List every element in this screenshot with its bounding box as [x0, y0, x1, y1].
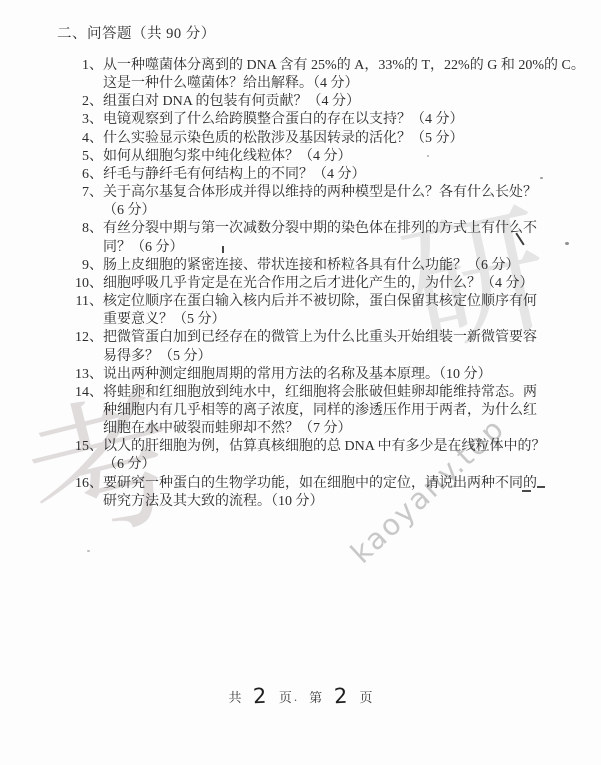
question-text: 电镜观察到了什么给跨膜整合蛋白的存在以支持？（4 分）	[103, 111, 569, 129]
question-16: 16、 要研究一种蛋白的生物学功能，如在细胞中的定位，请说出两种不同的 研究方法…	[55, 475, 569, 511]
question-3: 3、 电镜观察到了什么给跨膜整合蛋白的存在以支持？（4 分）	[55, 111, 569, 129]
question-9: 9、 肠上皮细胞的紧密连接、带状连接和桥粒各具有什么功能？（6 分）	[55, 257, 569, 275]
question-13: 13、 说出两种测定细胞周期的常用方法的名称及基本原理。（10 分）	[55, 366, 569, 384]
question-number: 12、	[55, 329, 103, 365]
question-number: 14、	[55, 384, 103, 438]
question-number: 10、	[55, 275, 103, 293]
question-text: 从一种噬菌体分离到的 DNA 含有 25%的 A，33%的 T，22%的 G 和…	[103, 57, 569, 75]
question-text: 这是一种什么噬菌体？给出解释。（4 分）	[103, 75, 569, 93]
page-footer: 共 2 页 . 第 2 页	[0, 686, 601, 707]
question-1: 1、 从一种噬菌体分离到的 DNA 含有 25%的 A，33%的 T，22%的 …	[55, 57, 569, 93]
question-text: 细胞在水中破裂而蛙卵却不然？（7 分）	[103, 420, 569, 438]
question-number: 11、	[55, 293, 103, 329]
scanned-exam-page: 考 研 kaoyany.top 二、问答题（共 90 分） 1、 从一种噬菌体分…	[0, 0, 601, 765]
question-text: 如何从细胞匀浆中纯化线粒体？（4 分）	[103, 148, 569, 166]
question-text: （6 分）	[103, 202, 569, 220]
footer-page-unit: 页	[279, 687, 292, 706]
question-text: 种细胞内有几乎相等的离子浓度，同样的渗透压作用于两者，为什么红	[103, 402, 569, 420]
question-14: 14、 将蛙卵和红细胞放到纯水中，红细胞将会胀破但蛙卵却能维持常态。两 种细胞内…	[55, 384, 569, 438]
question-2: 2、 组蛋白对 DNA 的包装有何贡献？（4 分）	[55, 93, 569, 111]
question-6: 6、 纤毛与静纤毛有何结构上的不同？（4 分）	[55, 166, 569, 184]
question-number: 16、	[55, 475, 103, 511]
question-8: 8、 有丝分裂中期与第一次减数分裂中期的染色体在排列的方式上有什么不 同？（6 …	[55, 220, 569, 256]
section-title: 二、问答题（共 90 分）	[57, 24, 216, 44]
question-text: 研究方法及其大致的流程。（10 分）	[103, 493, 569, 511]
question-5: 5、 如何从细胞匀浆中纯化线粒体？（4 分）	[55, 148, 569, 166]
footer-separator: .	[294, 689, 297, 705]
question-text: 要研究一种蛋白的生物学功能，如在细胞中的定位，请说出两种不同的	[103, 475, 569, 493]
question-15: 15、 以人的肝细胞为例，估算真核细胞的总 DNA 中有多少是在线粒体中的？ （…	[55, 438, 569, 474]
question-text: 核定位顺序在蛋白输入核内后并不被切除，蛋白保留其核定位顺序有何	[103, 293, 569, 311]
question-number: 5、	[55, 148, 103, 166]
question-text: 同？（6 分）	[103, 239, 569, 257]
footer-total-pages: 2	[253, 686, 267, 708]
question-number: 13、	[55, 366, 103, 384]
question-list: 1、 从一种噬菌体分离到的 DNA 含有 25%的 A，33%的 T，22%的 …	[55, 57, 569, 511]
question-12: 12、 把微管蛋白加到已经存在的微管上为什么比重头开始组装一新微管要容 易得多？…	[55, 329, 569, 365]
question-number: 8、	[55, 220, 103, 256]
question-text: 什么实验显示染色质的松散涉及基因转录的活化？（5 分）	[103, 130, 569, 148]
footer-total-label: 共	[228, 687, 241, 706]
question-text: 将蛙卵和红细胞放到纯水中，红细胞将会胀破但蛙卵却能维持常态。两	[103, 384, 569, 402]
question-text: 纤毛与静纤毛有何结构上的不同？（4 分）	[103, 166, 569, 184]
question-4: 4、 什么实验显示染色质的松散涉及基因转录的活化？（5 分）	[55, 130, 569, 148]
footer-ordinal-label: 第	[309, 687, 322, 706]
scan-speck	[87, 550, 90, 552]
question-number: 2、	[55, 93, 103, 111]
question-number: 6、	[55, 166, 103, 184]
footer-page-unit: 页	[360, 687, 373, 706]
question-number: 9、	[55, 257, 103, 275]
question-text: 以人的肝细胞为例，估算真核细胞的总 DNA 中有多少是在线粒体中的？	[103, 438, 569, 456]
question-7: 7、 关于高尔基复合体形成并得以维持的两种模型是什么？各有什么长处？ （6 分）	[55, 184, 569, 220]
question-number: 4、	[55, 130, 103, 148]
question-text: 关于高尔基复合体形成并得以维持的两种模型是什么？各有什么长处？	[103, 184, 569, 202]
question-text: （6 分）	[103, 456, 569, 474]
question-text: 把微管蛋白加到已经存在的微管上为什么比重头开始组装一新微管要容	[103, 329, 569, 347]
question-text: 说出两种测定细胞周期的常用方法的名称及基本原理。（10 分）	[103, 366, 569, 384]
question-number: 15、	[55, 438, 103, 474]
question-number: 1、	[55, 57, 103, 93]
question-text: 有丝分裂中期与第一次减数分裂中期的染色体在排列的方式上有什么不	[103, 220, 569, 238]
question-10: 10、 细胞呼吸几乎肯定是在光合作用之后才进化产生的，为什么？（4 分）	[55, 275, 569, 293]
question-number: 3、	[55, 111, 103, 129]
question-text: 细胞呼吸几乎肯定是在光合作用之后才进化产生的，为什么？（4 分）	[103, 275, 569, 293]
question-text: 易得多？（5 分）	[103, 348, 569, 366]
question-number: 7、	[55, 184, 103, 220]
question-11: 11、 核定位顺序在蛋白输入核内后并不被切除，蛋白保留其核定位顺序有何 重要意义…	[55, 293, 569, 329]
question-text: 重要意义？（5 分）	[103, 311, 569, 329]
question-text: 肠上皮细胞的紧密连接、带状连接和桥粒各具有什么功能？（6 分）	[103, 257, 569, 275]
question-text: 组蛋白对 DNA 的包装有何贡献？（4 分）	[103, 93, 569, 111]
footer-current-page: 2	[334, 686, 348, 708]
